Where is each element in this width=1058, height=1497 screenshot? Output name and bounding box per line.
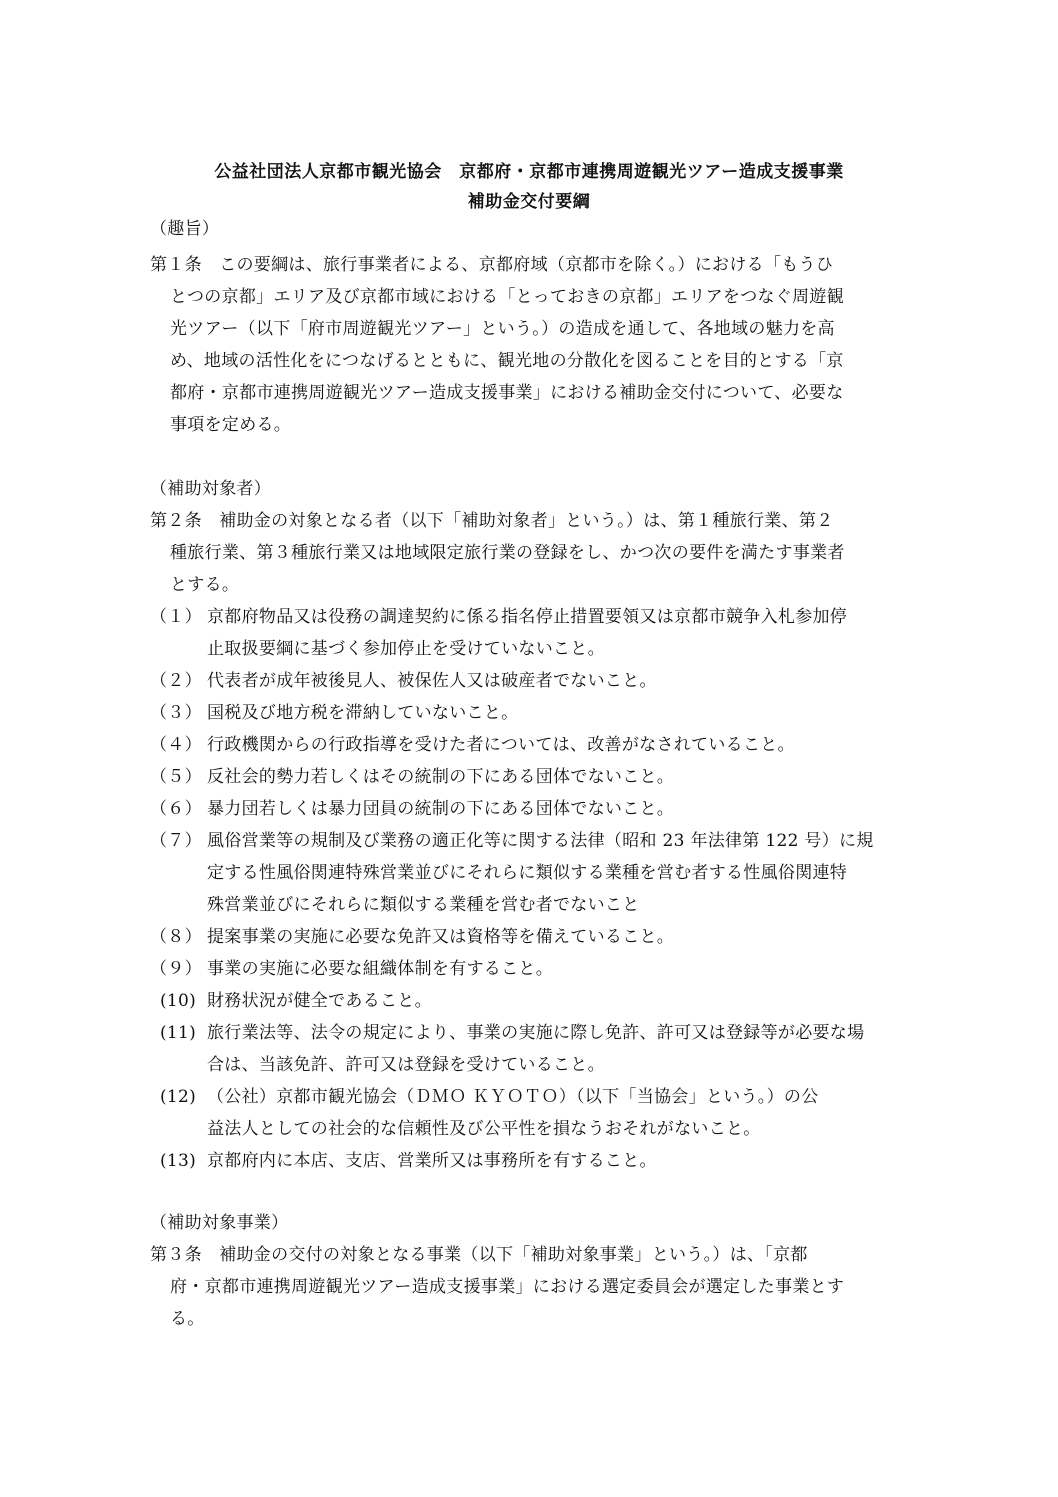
article-2-line: とする。 (170, 574, 239, 596)
item-number: （９） (150, 958, 202, 980)
item-number: （５） (150, 766, 202, 788)
item-number: （８） (150, 926, 202, 948)
item-number: （２） (150, 670, 202, 692)
item-number: （４） (150, 734, 202, 756)
item-number: (12) (160, 1086, 196, 1108)
item-text: 暴力団若しくは暴力団員の統制の下にある団体でないこと。 (207, 798, 674, 820)
article-3-line: る。 (170, 1308, 205, 1330)
item-text: 代表者が成年被後見人、被保佐人又は破産者でないこと。 (207, 670, 657, 692)
section-heading-eligible-projects: （補助対象事業） (150, 1212, 288, 1234)
article-3-line: 第３条 補助金の交付の対象となる事業（以下「補助対象事業」という。）は、「京都 (150, 1244, 808, 1266)
document-page: 公益社団法人京都市観光協会 京都府・京都市連携周遊観光ツアー造成支援事業 補助金… (0, 0, 1058, 1497)
item-number: (10) (160, 990, 196, 1012)
article-2-line: 種旅行業、第３種旅行業又は地域限定旅行業の登録をし、かつ次の要件を満たす事業者 (170, 542, 845, 564)
item-text: 定する性風俗関連特殊営業並びにそれらに類似する業種を営む者する性風俗関連特 (207, 862, 847, 884)
item-text: 事業の実施に必要な組織体制を有すること。 (207, 958, 553, 980)
item-number: （６） (150, 798, 202, 820)
item-number: (13) (160, 1150, 196, 1172)
item-number: （７） (150, 830, 202, 852)
article-1-line: 第１条 この要綱は、旅行事業者による、京都府域（京都市を除く。）における「もうひ (150, 254, 833, 276)
item-text: 財務状況が健全であること。 (207, 990, 432, 1012)
article-1-line: 光ツアー（以下「府市周遊観光ツアー」という。）の造成を通して、各地域の魅力を高 (170, 318, 835, 340)
section-heading-eligible: （補助対象者） (150, 478, 271, 500)
item-number: （３） (150, 702, 202, 724)
article-2-line: 第２条 補助金の対象となる者（以下「補助対象者」という。）は、第１種旅行業、第２ (150, 510, 834, 532)
item-text: 京都府内に本店、支店、営業所又は事務所を有すること。 (207, 1150, 657, 1172)
article-3-line: 府・京都市連携周遊観光ツアー造成支援事業」における選定委員会が選定した事業とす (170, 1276, 844, 1298)
item-text: 風俗営業等の規制及び業務の適正化等に関する法律（昭和 23 年法律第 122 号… (207, 830, 874, 852)
article-1-line: 都府・京都市連携周遊観光ツアー造成支援事業」における補助金交付について、必要な (170, 382, 844, 404)
item-text: 提案事業の実施に必要な免許又は資格等を備えていること。 (207, 926, 674, 948)
item-number: （１） (150, 606, 202, 628)
article-1-line: 事項を定める。 (170, 414, 291, 436)
item-text: 旅行業法等、法令の規定により、事業の実施に際し免許、許可又は登録等が必要な場 (207, 1022, 864, 1044)
item-text: （公社）京都市観光協会（ＤＭＯ ＫＹＯＴＯ）（以下「当協会」という。）の公 (207, 1086, 819, 1108)
item-text: 合は、当該免許、許可又は登録を受けていること。 (207, 1054, 605, 1076)
document-title-line2: 補助金交付要綱 (0, 187, 1058, 212)
item-text: 行政機関からの行政指導を受けた者については、改善がなされていること。 (207, 734, 795, 756)
section-heading-purpose: （趣旨） (150, 218, 219, 240)
article-1-line: め、地域の活性化をにつなげるとともに、観光地の分散化を図ることを目的とする「京 (170, 350, 844, 372)
item-number: (11) (160, 1022, 196, 1044)
item-text: 国税及び地方税を滞納していないこと。 (207, 702, 518, 724)
document-title-line1: 公益社団法人京都市観光協会 京都府・京都市連携周遊観光ツアー造成支援事業 (0, 157, 1058, 182)
item-text: 京都府物品又は役務の調達契約に係る指名停止措置要領又は京都市競争入札参加停 (207, 606, 847, 628)
item-text: 殊営業並びにそれらに類似する業種を営む者でないこと (207, 894, 640, 916)
item-text: 益法人としての社会的な信頼性及び公平性を損なうおそれがないこと。 (207, 1118, 761, 1140)
item-text: 反社会的勢力若しくはその統制の下にある団体でないこと。 (207, 766, 674, 788)
item-text: 止取扱要綱に基づく参加停止を受けていないこと。 (207, 638, 605, 660)
article-1-line: とつの京都」エリア及び京都市域における「とっておきの京都」エリアをつなぐ周遊観 (170, 286, 844, 308)
